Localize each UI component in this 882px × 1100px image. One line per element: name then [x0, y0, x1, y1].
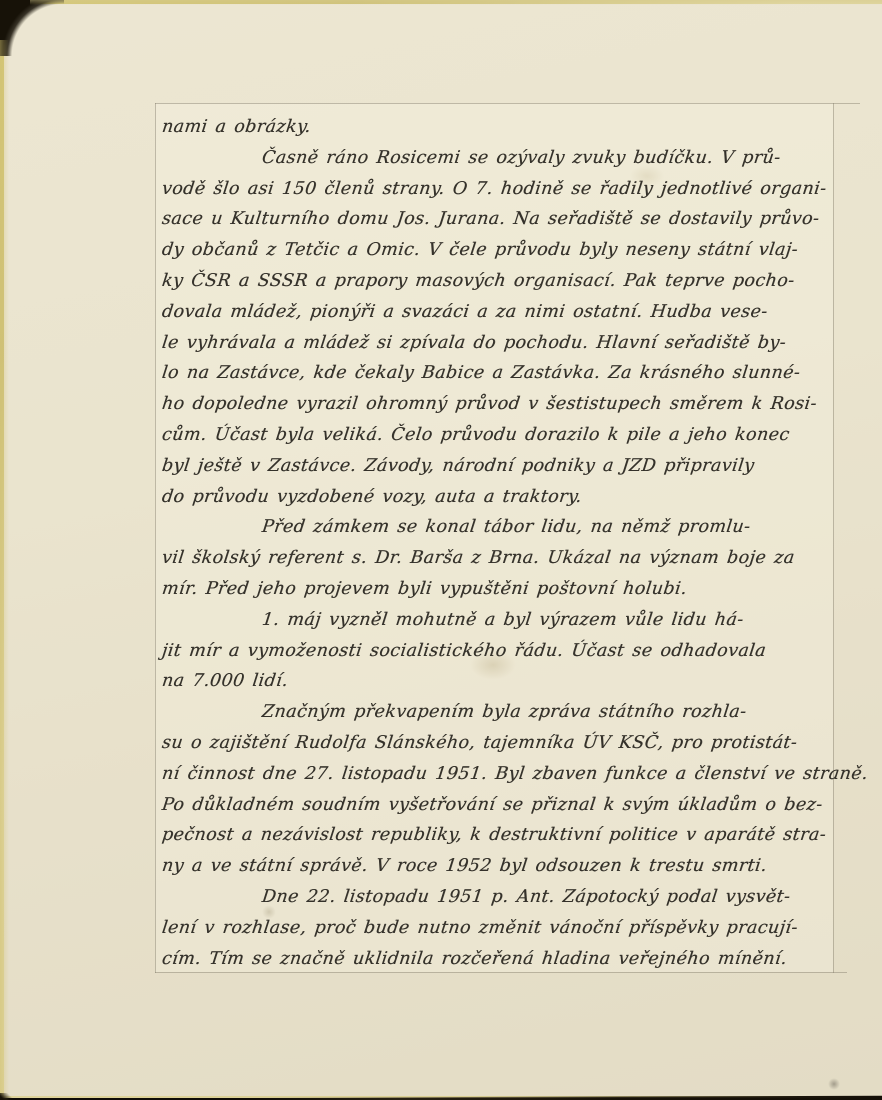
handwritten-line: Po důkladném soudním vyšetřování se přiz…: [160, 790, 854, 821]
handwritten-line: dy občanů z Tetčic a Omic. V čele průvod…: [160, 235, 854, 266]
handwritten-line: ky ČSR a SSSR a prapory masových organis…: [160, 266, 854, 297]
handwritten-line: sace u Kulturního domu Jos. Jurana. Na s…: [160, 204, 854, 235]
handwritten-line: 1. máj vyzněl mohutně a byl výrazem vůle…: [160, 605, 854, 636]
handwritten-line: na 7.000 lidí.: [160, 666, 854, 697]
handwritten-line: vil školský referent s. Dr. Barša z Brna…: [160, 543, 854, 574]
handwritten-line: ní činnost dne 27. listopadu 1951. Byl z…: [160, 759, 854, 790]
handwriting-block: nami a obrázky. Časně ráno Rosicemi se o…: [160, 112, 850, 974]
margin-line-top: [155, 103, 860, 104]
handwritten-line: cím. Tím se značně uklidnila rozčeřená h…: [160, 944, 854, 975]
handwritten-line: nami a obrázky.: [160, 112, 854, 143]
handwritten-line: Značným překvapením byla zpráva státního…: [160, 697, 854, 728]
handwritten-line: cům. Účast byla veliká. Čelo průvodu dor…: [160, 420, 854, 451]
handwritten-line: lo na Zastávce, kde čekaly Babice a Zast…: [160, 358, 854, 389]
photographed-album-page: nami a obrázky. Časně ráno Rosicemi se o…: [0, 0, 882, 1100]
top-edge-highlight: [30, 0, 882, 5]
handwritten-line: lení v rozhlase, proč bude nutno změnit …: [160, 913, 854, 944]
handwritten-line: do průvodu vyzdobené vozy, auta a trakto…: [160, 482, 854, 513]
handwritten-line: pečnost a nezávislost republiky, k destr…: [160, 820, 854, 851]
handwritten-line: Před zámkem se konal tábor lidu, na němž…: [160, 512, 854, 543]
handwritten-line: Časně ráno Rosicemi se ozývaly zvuky bud…: [160, 143, 854, 174]
handwritten-line: dovala mládež, pionýři a svazáci a za ni…: [160, 297, 854, 328]
handwritten-line: jit mír a vymoženosti socialistického řá…: [160, 636, 854, 667]
handwritten-line: vodě šlo asi 150 členů strany. O 7. hodi…: [160, 174, 854, 205]
handwritten-line: su o zajištění Rudolfa Slánského, tajemn…: [160, 728, 854, 759]
handwritten-line: byl ještě v Zastávce. Závody, národní po…: [160, 451, 854, 482]
handwritten-line: ny a ve státní správě. V roce 1952 byl o…: [160, 851, 854, 882]
handwritten-line: le vyhrávala a mládež si zpívala do poch…: [160, 328, 854, 359]
handwritten-line: ho dopoledne vyrazil ohromný průvod v še…: [160, 389, 854, 420]
left-edge-highlight: [0, 40, 9, 1100]
handwritten-line: Dne 22. listopadu 1951 p. Ant. Zápotocký…: [160, 882, 854, 913]
bottom-left-corner-shadow: [0, 1093, 14, 1100]
margin-line-left: [155, 103, 156, 973]
handwritten-line: mír. Před jeho projevem byli vypuštěni p…: [160, 574, 854, 605]
